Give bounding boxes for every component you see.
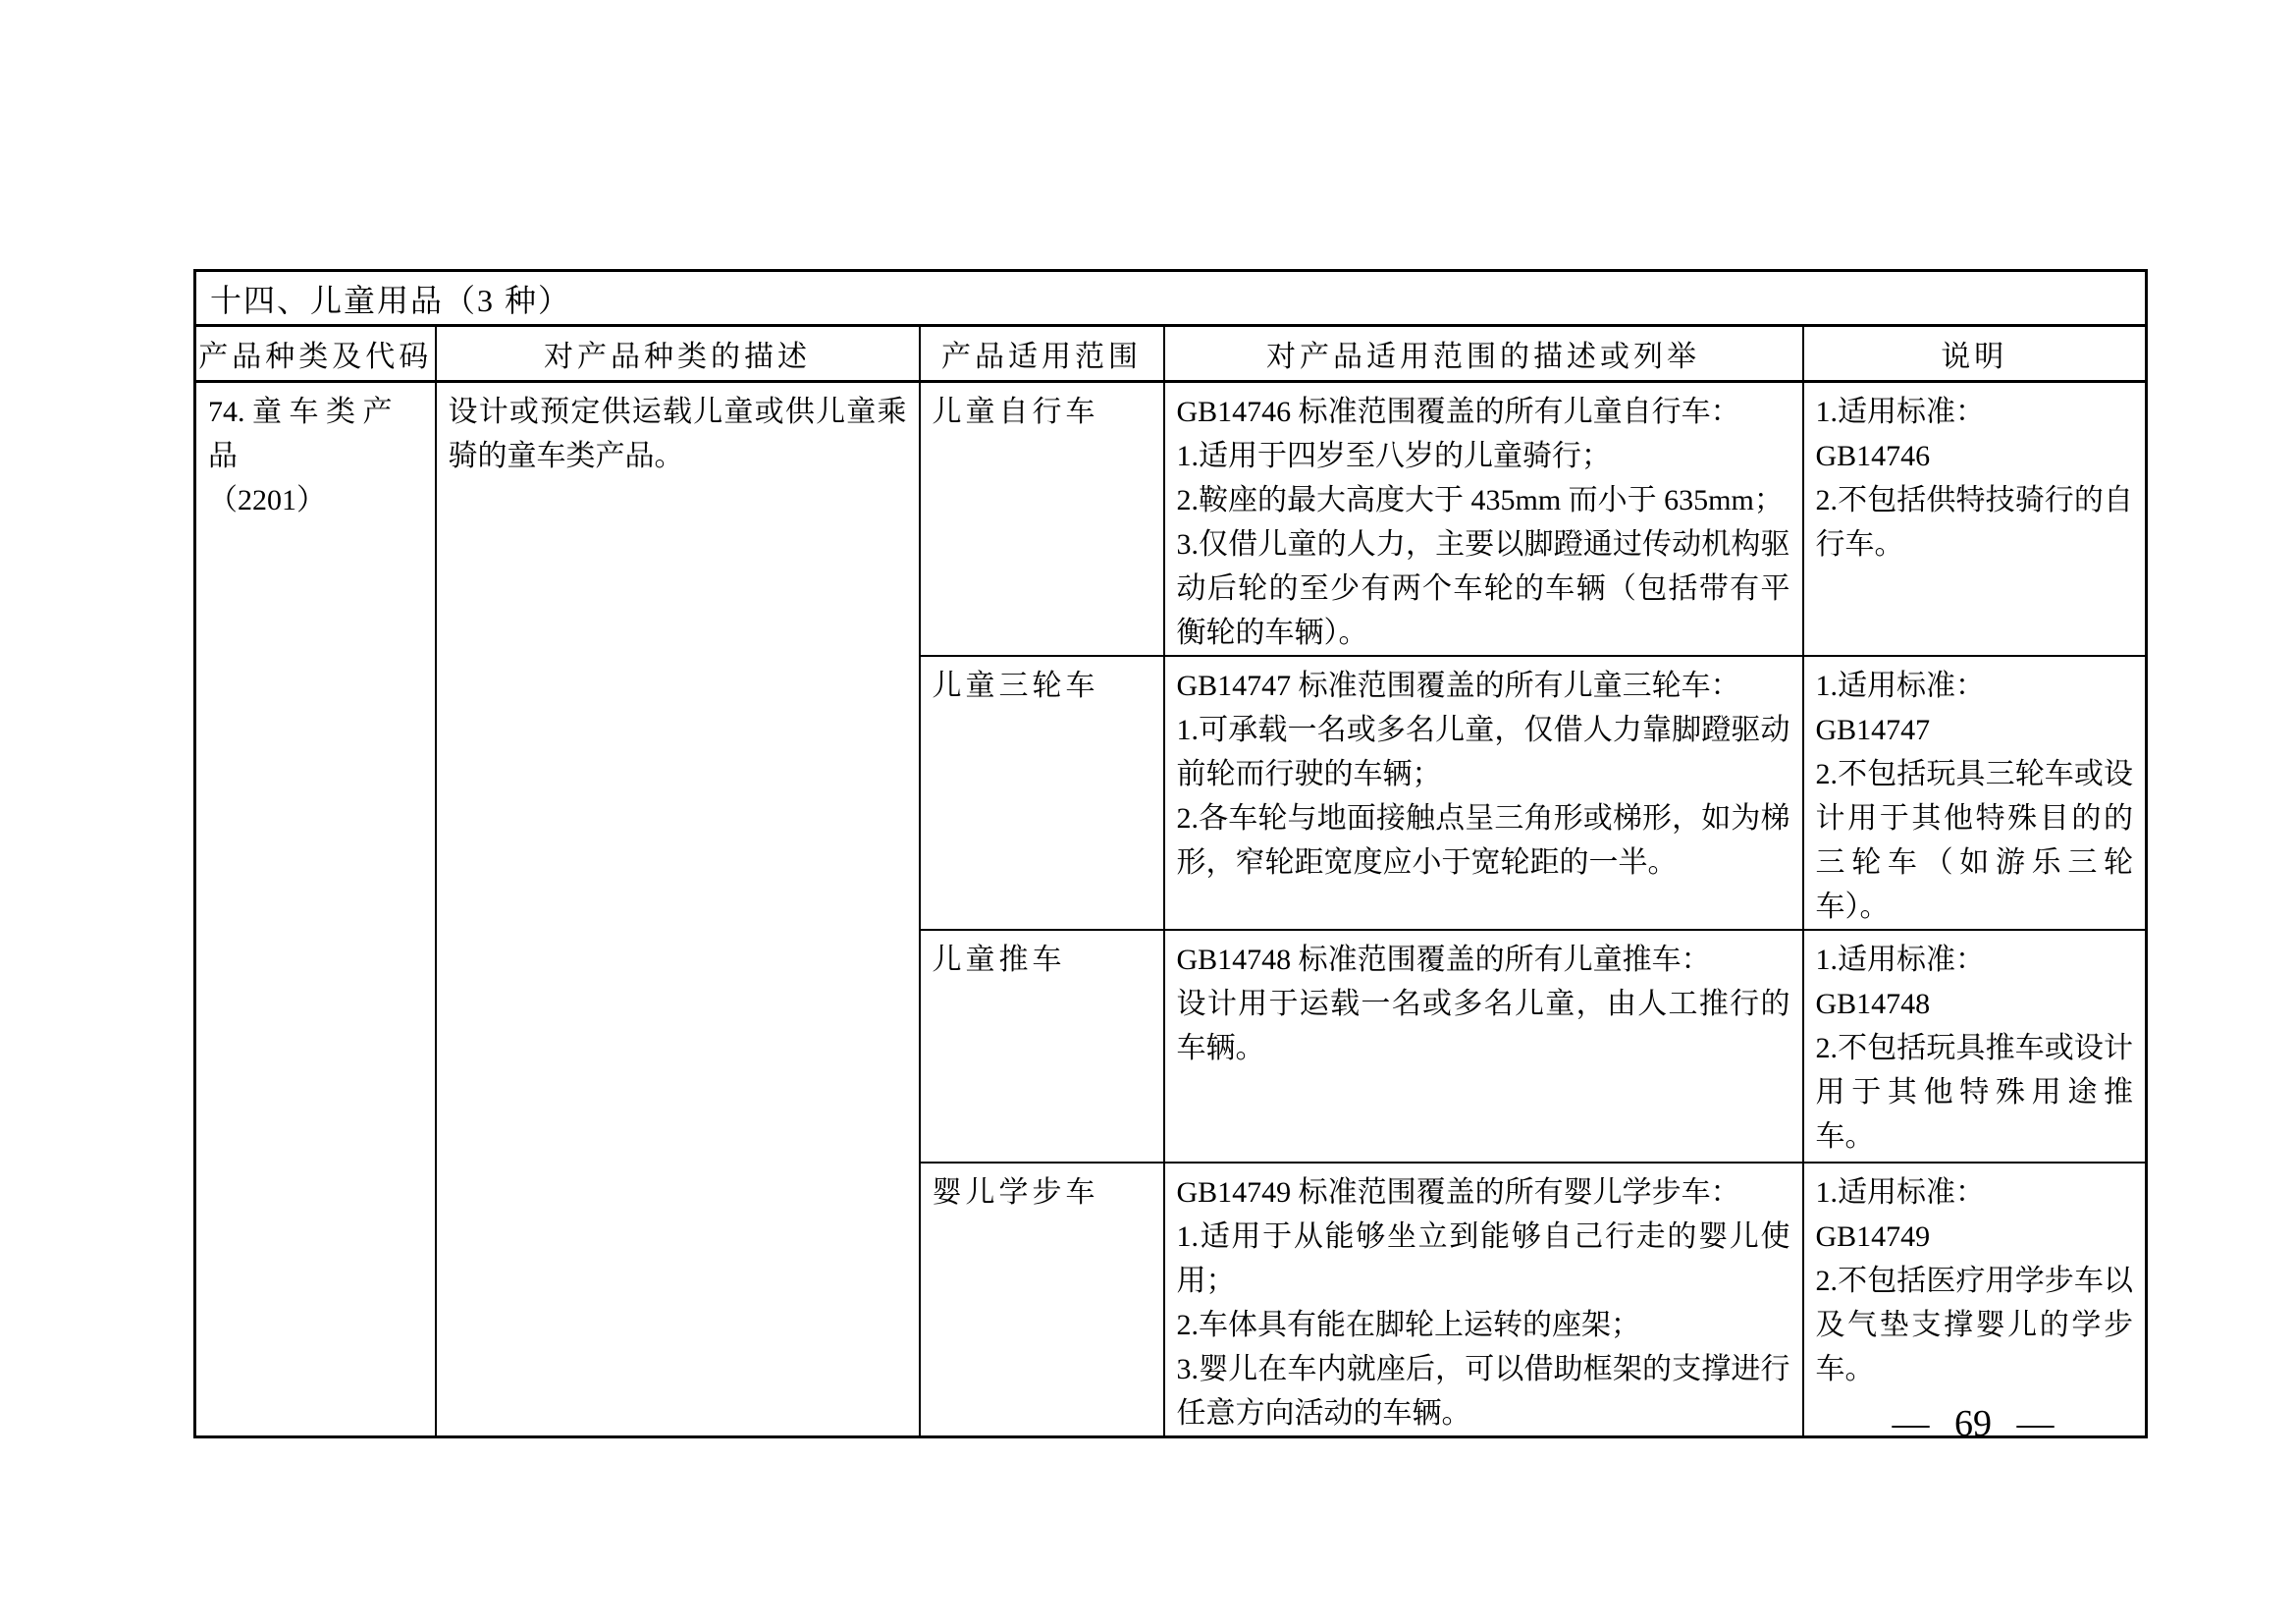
table-row: 74. 童 车 类 产 品 （2201） 设计或预定供运载儿童或供儿童乘骑的童车… (195, 382, 2147, 657)
scope-description-cell: GB14749 标准范围覆盖的所有婴儿学步车： 1.适用于从能够坐立到能够自己行… (1164, 1163, 1803, 1437)
col-header-scope: 产品适用范围 (920, 326, 1164, 382)
scope-cell: 儿童三轮车 (920, 656, 1164, 930)
section-title: 十四、儿童用品（3 种） (195, 271, 2147, 326)
scope-description-cell: GB14748 标准范围覆盖的所有儿童推车： 设计用于运载一名或多名儿童，由人工… (1164, 930, 1803, 1163)
col-header-category-description: 对产品种类的描述 (436, 326, 920, 382)
scope-cell: 儿童自行车 (920, 382, 1164, 657)
col-header-scope-description: 对产品适用范围的描述或列举 (1164, 326, 1803, 382)
product-category-code-cell: 74. 童 车 类 产 品 （2201） (195, 382, 436, 1437)
notes-cell: 1.适用标准： GB14748 2.不包括玩具推车或设计用于其他特殊用途推车。 (1803, 930, 2147, 1163)
document-page: 十四、儿童用品（3 种） 产品种类及代码 对产品种类的描述 产品适用范围 对产品… (0, 0, 2296, 1624)
col-header-category-code: 产品种类及代码 (195, 326, 436, 382)
section-title-row: 十四、儿童用品（3 种） (195, 271, 2147, 326)
scope-description-cell: GB14747 标准范围覆盖的所有儿童三轮车： 1.可承载一名或多名儿童，仅借人… (1164, 656, 1803, 930)
notes-cell: 1.适用标准： GB14747 2.不包括玩具三轮车或设计用于其他特殊目的的三轮… (1803, 656, 2147, 930)
product-category-description-cell: 设计或预定供运载儿童或供儿童乘骑的童车类产品。 (436, 382, 920, 1437)
page-number: — 69 — (1845, 1402, 2101, 1445)
notes-cell: 1.适用标准： GB14746 2.不包括供特技骑行的自行车。 (1803, 382, 2147, 657)
scope-cell: 婴儿学步车 (920, 1163, 1164, 1437)
scope-description-cell: GB14746 标准范围覆盖的所有儿童自行车： 1.适用于四岁至八岁的儿童骑行；… (1164, 382, 1803, 657)
col-header-notes: 说明 (1803, 326, 2147, 382)
scope-cell: 儿童推车 (920, 930, 1164, 1163)
notes-cell: 1.适用标准： GB14749 2.不包括医疗用学步车以及气垫支撑婴儿的学步车。 (1803, 1163, 2147, 1437)
product-table: 十四、儿童用品（3 种） 产品种类及代码 对产品种类的描述 产品适用范围 对产品… (193, 269, 2148, 1438)
table-header-row: 产品种类及代码 对产品种类的描述 产品适用范围 对产品适用范围的描述或列举 说明 (195, 326, 2147, 382)
